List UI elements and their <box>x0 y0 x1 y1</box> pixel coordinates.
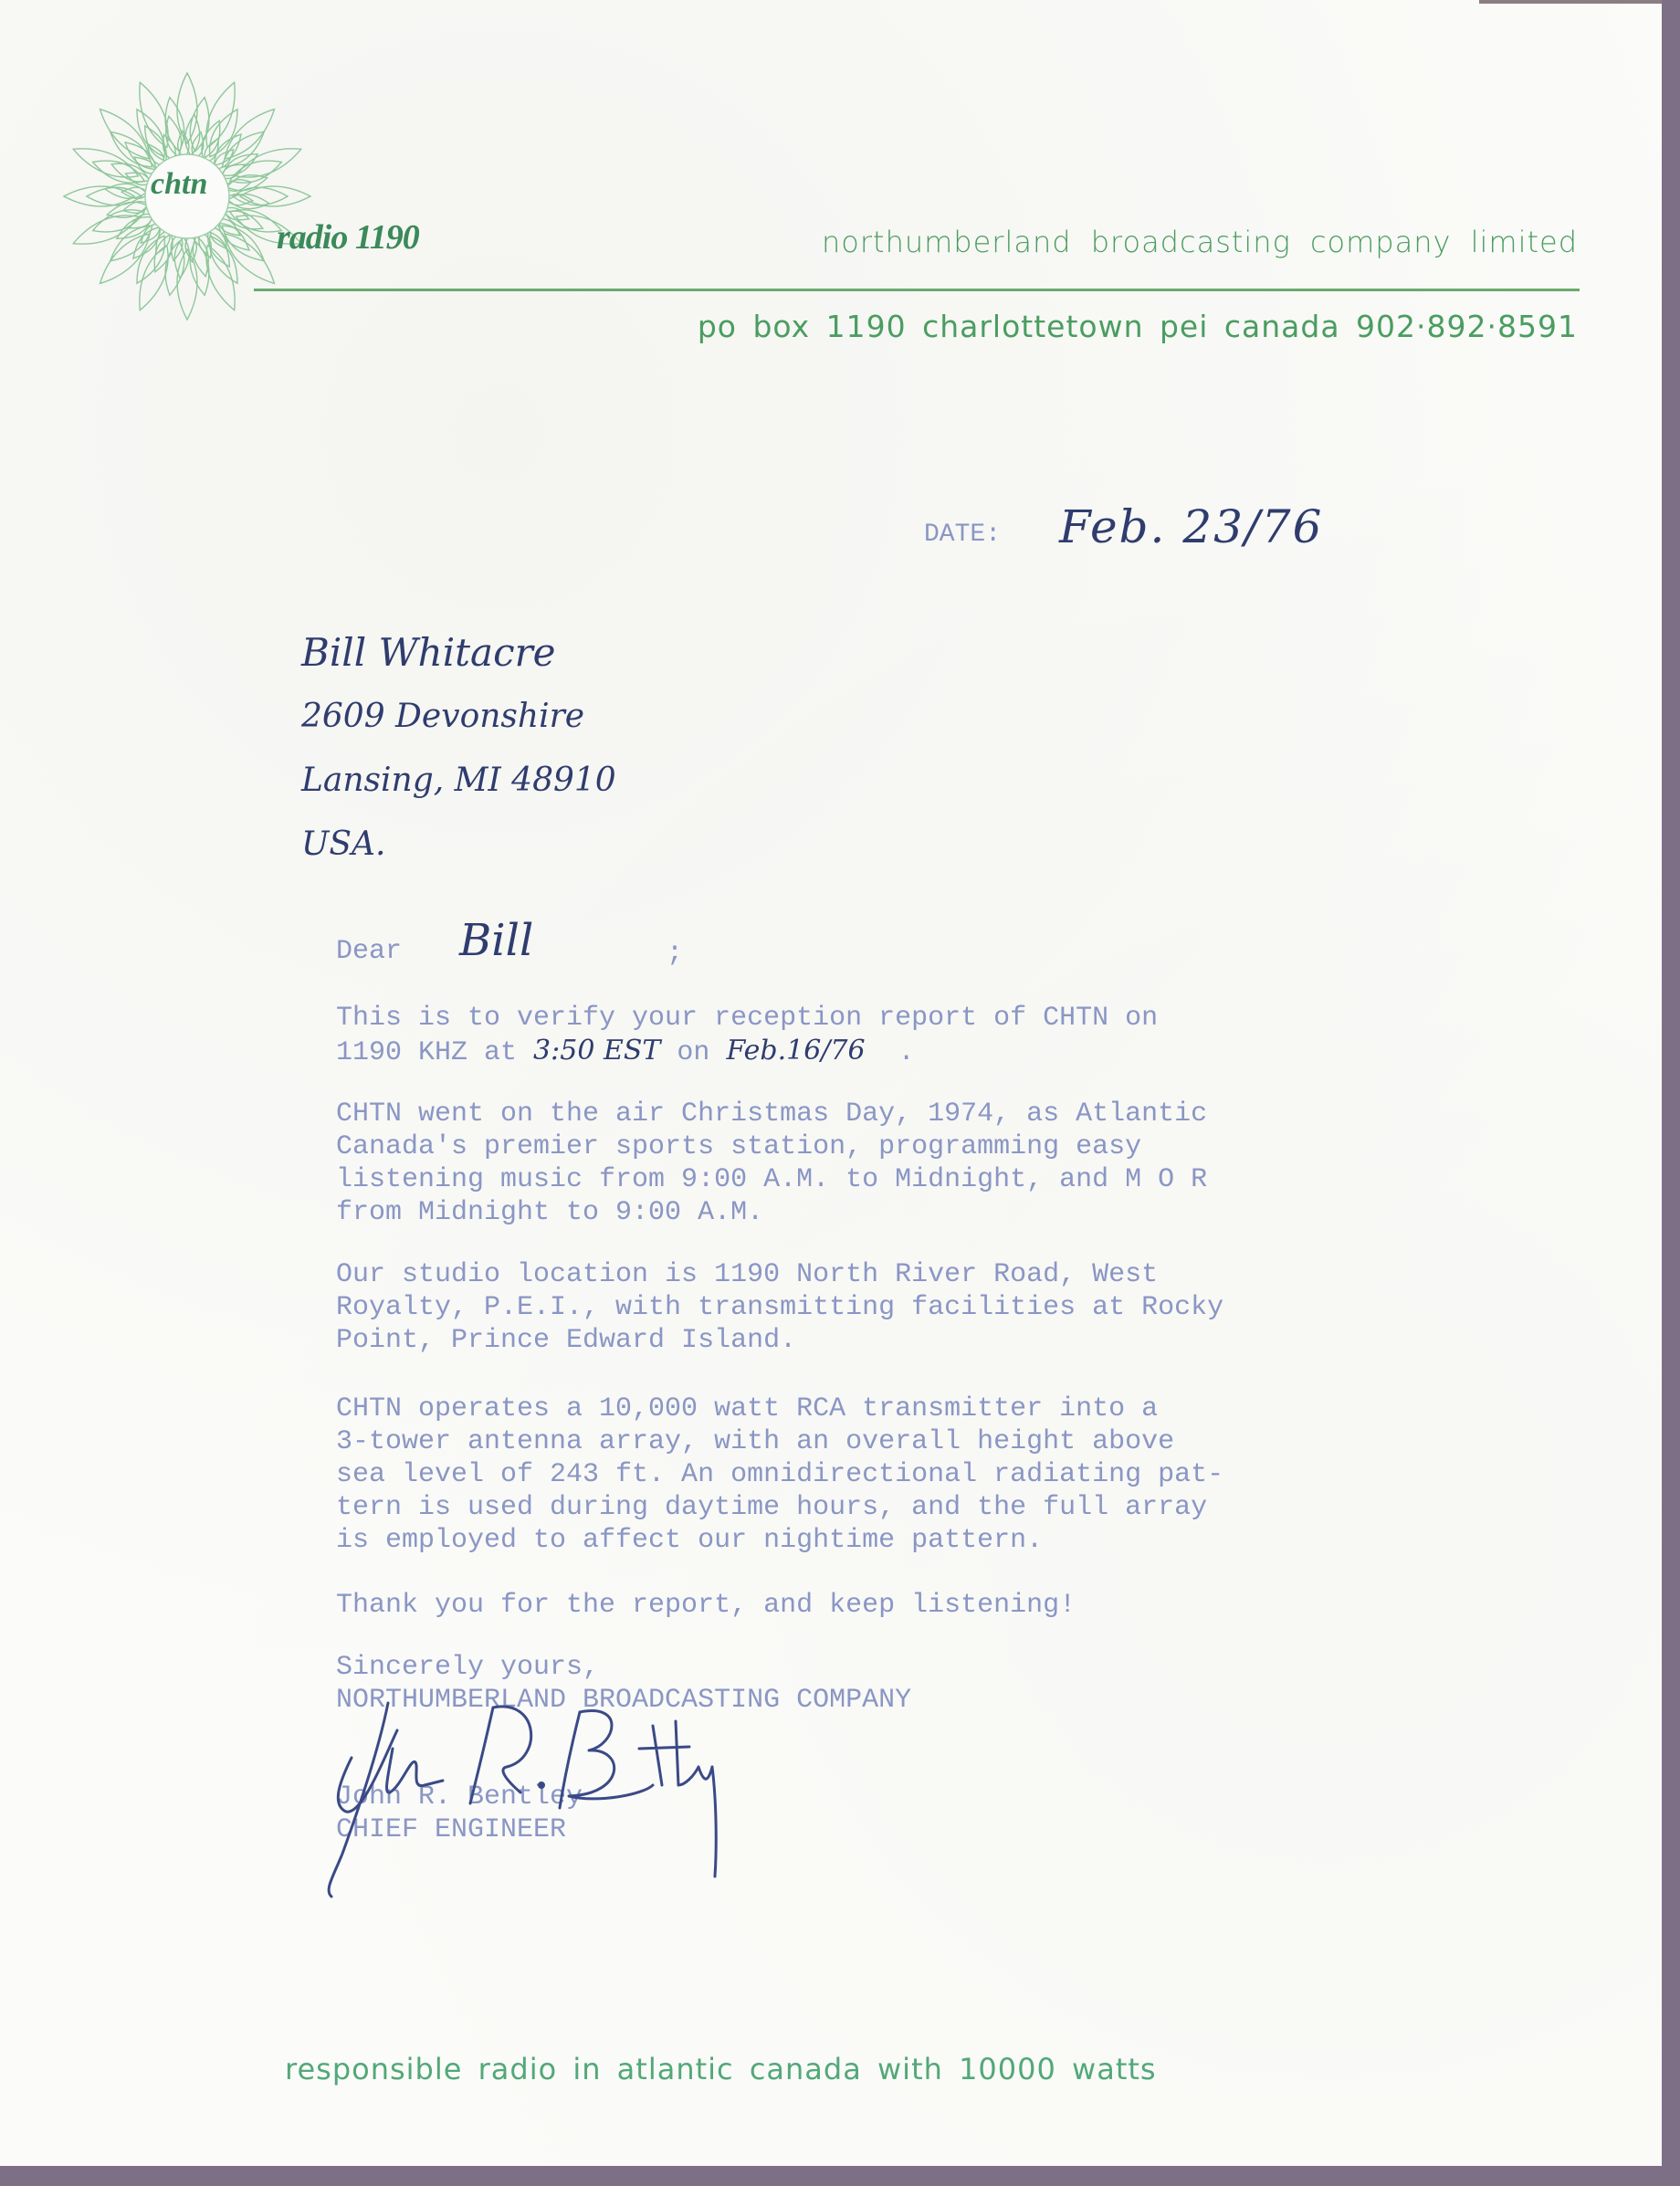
body-line: Point, Prince Edward Island. <box>336 1324 1413 1357</box>
header-divider <box>254 289 1580 291</box>
paragraph-technical: CHTN operates a 10,000 watt RCA transmit… <box>336 1393 1413 1557</box>
recipient-address: Bill Whitacre 2609 Devonshire Lansing, M… <box>301 621 616 877</box>
body-line: Canada's premier sports station, program… <box>336 1130 1413 1163</box>
paragraph-verification: This is to verify your reception report … <box>336 1002 1413 1069</box>
text-fragment: . <box>866 1037 915 1068</box>
text-fragment: 1190 KHZ at <box>336 1037 533 1068</box>
date-label: DATE: <box>924 519 1001 552</box>
body-line: 1190 KHZ at 3:50 EST on Feb.16/76 . <box>336 1035 1413 1069</box>
body-line: This is to verify your reception report … <box>336 1002 1413 1035</box>
page-edge <box>1479 0 1662 4</box>
body-line: Our studio location is 1190 North River … <box>336 1258 1413 1291</box>
company-name: northumberland broadcasting company limi… <box>822 225 1578 259</box>
reception-date: Feb.16/76 <box>726 1035 865 1067</box>
paragraph-location: Our studio location is 1190 North River … <box>336 1258 1413 1357</box>
footer-tagline: responsible radio in atlantic canada wit… <box>285 2052 1157 2086</box>
salutation-name: Bill <box>459 915 533 966</box>
logo-callsign: chtn <box>151 167 207 202</box>
body-line: tern is used during daytime hours, and t… <box>336 1491 1413 1524</box>
company-address: po box 1190 charlottetown pei canada 902… <box>698 309 1578 344</box>
radio-frequency-label: radio 1190 <box>277 217 419 257</box>
letter-page: chtn radio 1190 northumberland broadcast… <box>0 0 1662 2166</box>
text-fragment: on <box>660 1037 726 1068</box>
recipient-city: Lansing, MI 48910 <box>301 749 616 813</box>
paragraph-history: CHTN went on the air Christmas Day, 1974… <box>336 1098 1413 1229</box>
body-line: sea level of 243 ft. An omnidirectional … <box>336 1458 1413 1491</box>
body-line: Royalty, P.E.I., with transmitting facil… <box>336 1291 1413 1324</box>
date-value: Feb. 23/76 <box>1059 500 1323 553</box>
recipient-country: USA. <box>301 813 616 877</box>
body-line: is employed to affect our nightime patte… <box>336 1524 1413 1557</box>
body-line: CHTN went on the air Christmas Day, 1974… <box>336 1098 1413 1130</box>
recipient-street: 2609 Devonshire <box>301 685 616 749</box>
recipient-name: Bill Whitacre <box>301 621 616 685</box>
paragraph-thanks: Thank you for the report, and keep liste… <box>336 1589 1413 1622</box>
body-line: listening music from 9:00 A.M. to Midnig… <box>336 1163 1413 1196</box>
signature-icon <box>324 1694 735 1904</box>
body-line: Thank you for the report, and keep liste… <box>336 1589 1413 1622</box>
body-line: 3-tower antenna array, with an overall h… <box>336 1425 1413 1458</box>
body-line: from Midnight to 9:00 A.M. <box>336 1196 1413 1229</box>
body-line: CHTN operates a 10,000 watt RCA transmit… <box>336 1393 1413 1425</box>
salutation-punctuation: ; <box>667 937 683 970</box>
reception-time: 3:50 EST <box>533 1035 660 1067</box>
valediction: Sincerely yours, <box>336 1651 911 1684</box>
salutation: Dear <box>336 935 402 968</box>
